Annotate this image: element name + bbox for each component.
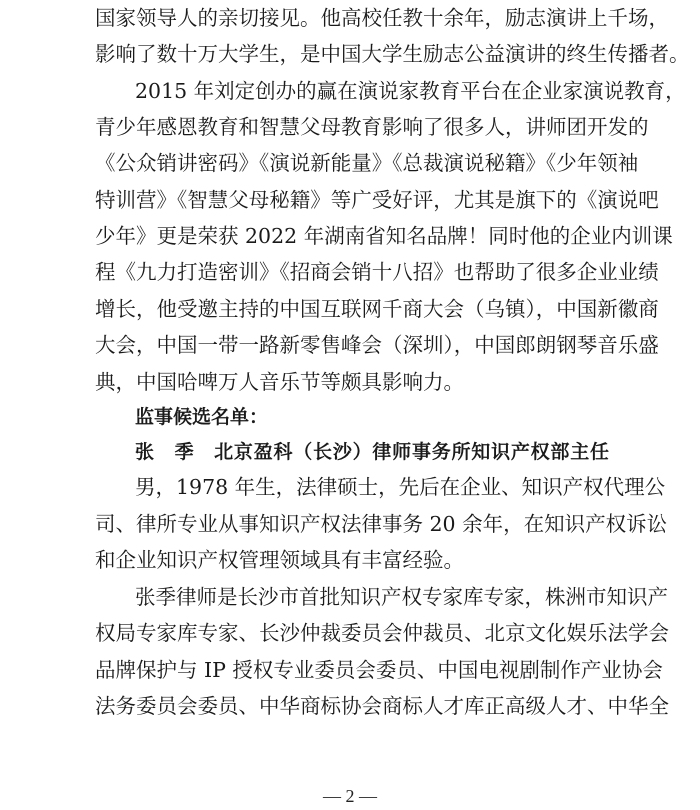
paragraph-line: 《公众销讲密码》《演说新能量》《总裁演说秘籍》《少年领袖 <box>95 148 609 178</box>
candidate-name-title: 张 季 北京盈科（长沙）律师事务所知识产权部主任 <box>135 437 609 467</box>
paragraph-line: 增长，他受邀主持的中国互联网千商大会（乌镇），中国新徽商 <box>95 294 609 324</box>
section-heading: 监事候选名单： <box>135 402 268 432</box>
paragraph-line: 影响了数十万大学生，是中国大学生励志公益演讲的终生传播者。 <box>95 39 609 69</box>
paragraph-line: 大会，中国一带一路新零售峰会（深圳），中国郎朗钢琴音乐盛 <box>95 330 609 360</box>
paragraph-line: 青少年感恩教育和智慧父母教育影响了很多人，讲师团开发的 <box>95 112 609 142</box>
paragraph-line: 品牌保护与 IP 授权专业委员会委员、中国电视剧制作产业协会 <box>95 655 609 685</box>
paragraph-line: 2015 年刘定创办的赢在演说家教育平台在企业家演说教育， <box>135 76 609 106</box>
paragraph-line: 张季律师是长沙市首批知识产权专家库专家，株洲市知识产 <box>135 582 609 612</box>
paragraph-line: 男，1978 年生，法律硕士，先后在企业、知识产权代理公 <box>135 472 609 502</box>
paragraph-line: 少年》更是荣获 2022 年湖南省知名品牌！同时他的企业内训课 <box>95 221 609 251</box>
paragraph-line: 特训营》《智慧父母秘籍》等广受好评，尤其是旗下的《演说吧 <box>95 185 609 215</box>
paragraph-line: 国家领导人的亲切接见。他高校任教十余年，励志演讲上千场， <box>95 3 609 33</box>
paragraph-line: 程《九力打造密训》《招商会销十八招》也帮助了很多企业业绩 <box>95 257 609 287</box>
paragraph-line: 典，中国哈啤万人音乐节等颇具影响力。 <box>95 367 609 397</box>
document-page: 国家领导人的亲切接见。他高校任教十余年，励志演讲上千场， 影响了数十万大学生，是… <box>0 0 700 810</box>
paragraph-line: 和企业知识产权管理领域具有丰富经验。 <box>95 545 609 575</box>
paragraph-line: 法务委员会委员、中华商标协会商标人才库正高级人才、中华全 <box>95 691 609 721</box>
page-number: — 2 — <box>0 786 700 807</box>
paragraph-line: 司、律所专业从事知识产权法律事务 20 余年，在知识产权诉讼 <box>95 509 609 539</box>
paragraph-line: 权局专家库专家、长沙仲裁委员会仲裁员、北京文化娱乐法学会 <box>95 618 609 648</box>
